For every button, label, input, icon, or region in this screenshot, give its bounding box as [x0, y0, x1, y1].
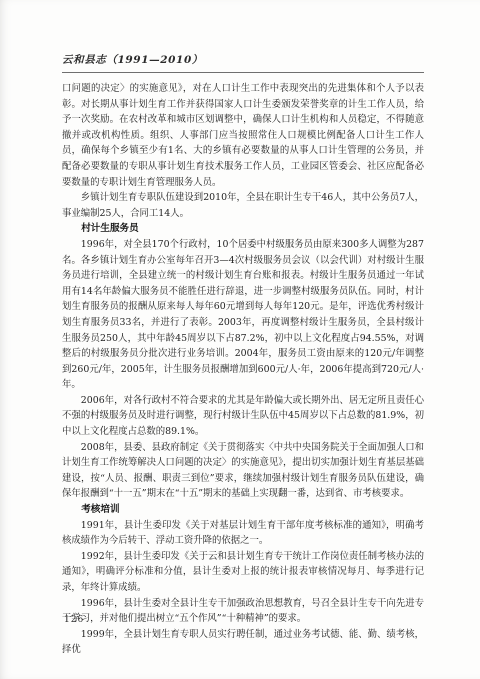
book-page: 云和县志（1991—2010） 口问题的决定〉的实施意见》，对在人口计生工作中表… — [0, 0, 480, 679]
section-heading-assessment-training: 考核培训 — [62, 502, 424, 518]
paragraph-1992-notice: 1992年，县计生委印发《关于云和县计划生育专干统计工作岗位责任制考核办法的通知… — [62, 549, 424, 596]
running-head-title: 云和县志（1991—2010） — [62, 52, 203, 67]
paragraph-1999-appointment: 1999年，全县计划生育专职人员实行聘任制，通过业务考试德、能、勤、绩考核，择优 — [62, 627, 424, 658]
paragraph-1991-notice: 1991年，县计生委印发《关于对基层计划生育干部年度考核标准的通知》，明确考核成… — [62, 518, 424, 549]
page-number: 126 — [64, 615, 84, 625]
paragraph-2008-policy: 2008年，县委、县政府制定《关于贯彻落实〈中共中央国务院关于全面加强人口和计划… — [62, 440, 424, 502]
body-text: 口问题的决定〉的实施意见》，对在人口计生工作中表现突出的先进集体和个人予以表彰。… — [62, 81, 424, 658]
page-header: 云和县志（1991—2010） — [62, 48, 424, 73]
paragraph-continuation: 口问题的决定〉的实施意见》，对在人口计生工作中表现突出的先进集体和个人予以表彰。… — [62, 81, 424, 190]
paragraph-1996-education: 1996年，县计生委对全县计生专干加强政治思想教育，号召全县计生专干向先进专干学… — [62, 596, 424, 627]
section-heading-village-service: 村计生服务员 — [62, 221, 424, 237]
paragraph-1996-village-service: 1996年，对全县170个行政村，10个居委中村级服务员由原来300多人调整为2… — [62, 237, 424, 393]
header-rule — [62, 72, 424, 73]
paragraph-2006-adjustment: 2006年，对各行政村不符合要求的尤其是年龄偏大或长期外出、居无定所且责任心不强… — [62, 393, 424, 440]
paragraph-township-team: 乡镇计划生育专职队伍建设到2010年，全县在职计生专干46人，其中公务员7人，事… — [62, 190, 424, 221]
